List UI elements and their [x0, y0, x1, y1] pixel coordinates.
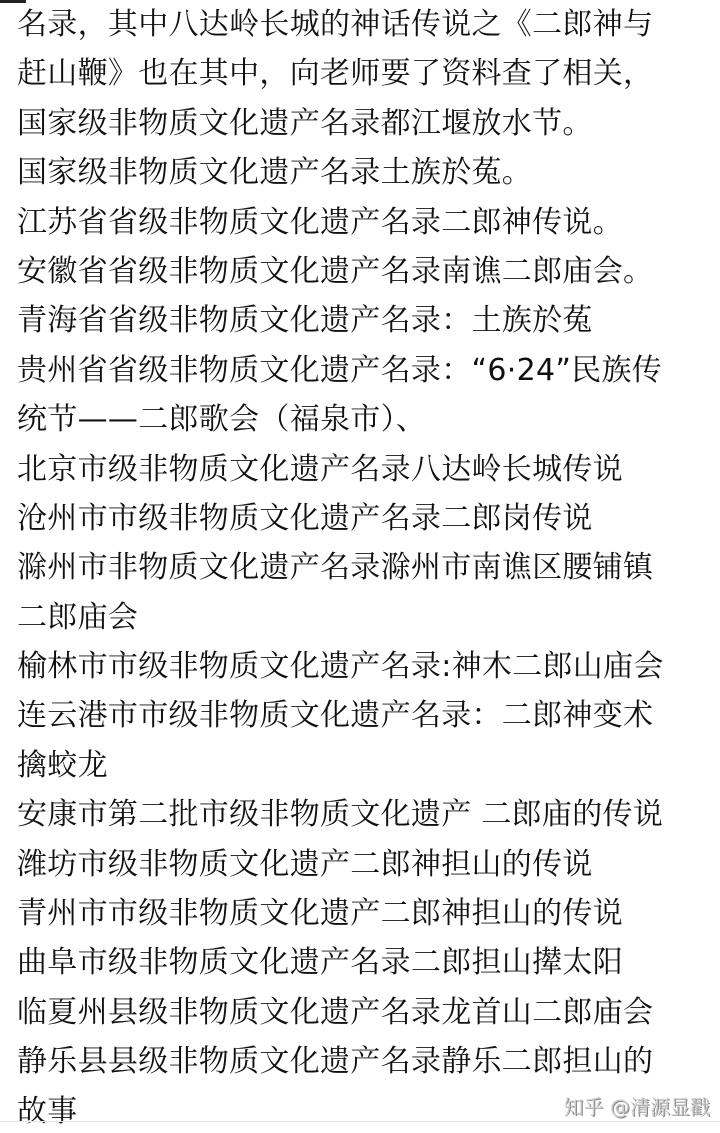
text-line: 贵州省省级非物质文化遗产名录：“6·24”民族传 — [17, 346, 717, 395]
text-line: 二郎庙会 — [17, 593, 717, 642]
text-line: 名录，其中八达岭长城的神话传说之《二郎神与 — [17, 0, 717, 49]
text-line: 连云港市市级非物质文化遗产名录：二郎神变术 — [17, 691, 717, 740]
text-line: 赶山鞭》也在其中，向老师要了资料查了相关， — [17, 49, 717, 98]
text-line: 榆林市市级非物质文化遗产名录:神木二郎山庙会 — [17, 642, 717, 691]
text-line: 安康市第二批市级非物质文化遗产 二郎庙的传说 — [17, 790, 717, 839]
zhihu-watermark: 知乎 @清源显戳 — [564, 1091, 710, 1120]
text-line: 北京市级非物质文化遗产名录八达岭长城传说 — [17, 445, 717, 494]
text-line: 曲阜市级非物质文化遗产名录二郎担山撵太阳 — [17, 938, 717, 987]
text-line: 青州市市级非物质文化遗产二郎神担山的传说 — [17, 889, 717, 938]
text-line: 国家级非物质文化遗产名录都江堰放水节。 — [17, 99, 717, 148]
text-line: 统节——二郎歌会（福泉市）、 — [17, 395, 717, 444]
text-line: 沧州市市级非物质文化遗产名录二郎岗传说 — [17, 494, 717, 543]
document-body: 名录，其中八达岭长城的神话传说之《二郎神与 赶山鞭》也在其中，向老师要了资料查了… — [17, 0, 717, 1133]
text-line: 临夏州县级非物质文化遗产名录龙首山二郎庙会 — [17, 988, 717, 1037]
text-line: 滁州市非物质文化遗产名录滁州市南谯区腰铺镇 — [17, 543, 717, 592]
text-line: 擒蛟龙 — [17, 741, 717, 790]
text-line: 国家级非物质文化遗产名录土族於菟。 — [17, 148, 717, 197]
text-line: 青海省省级非物质文化遗产名录：土族於菟 — [17, 296, 717, 345]
text-line: 静乐县县级非物质文化遗产名录静乐二郎担山的 — [17, 1037, 717, 1086]
text-line: 潍坊市级非物质文化遗产二郎神担山的传说 — [17, 840, 717, 889]
bottom-divider — [0, 1121, 720, 1122]
text-line: 安徽省省级非物质文化遗产名录南谯二郎庙会。 — [17, 247, 717, 296]
text-line: 江苏省省级非物质文化遗产名录二郎神传说。 — [17, 198, 717, 247]
